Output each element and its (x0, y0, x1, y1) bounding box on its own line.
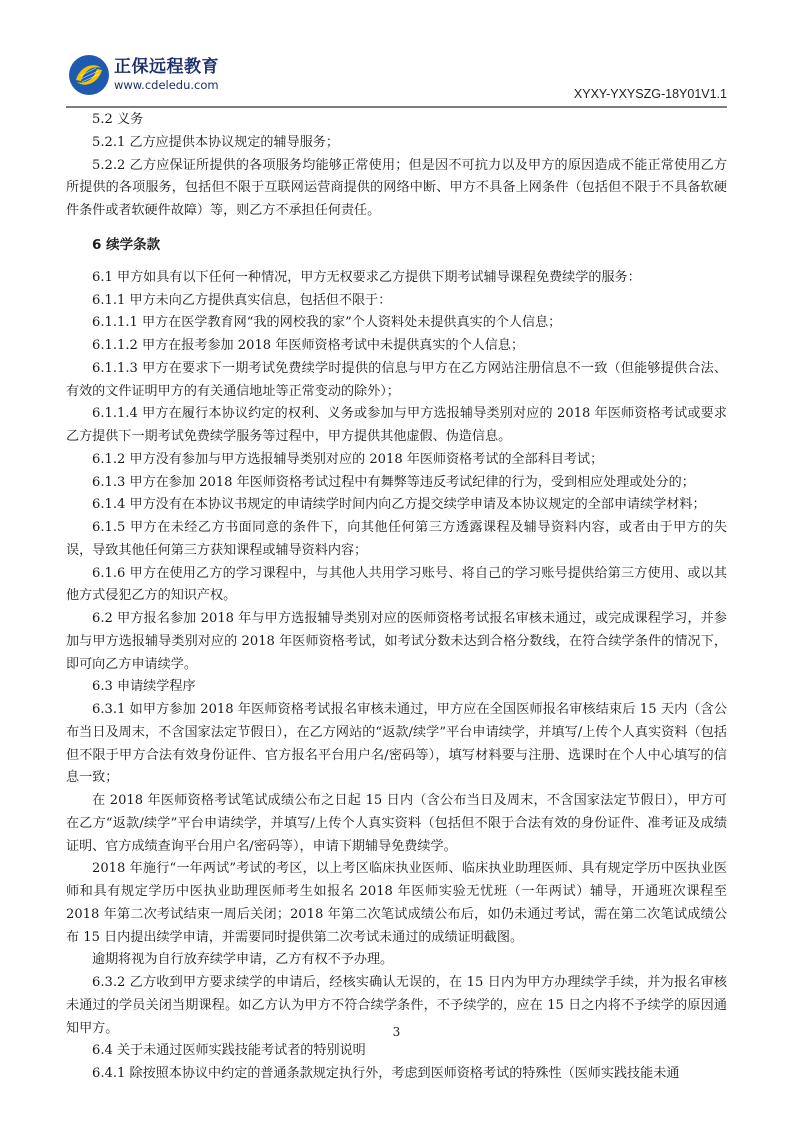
paragraph: 5.2.1 乙方应提供本协议规定的辅导服务； (66, 132, 727, 155)
paragraph: 6.2 甲方报名参加 2018 年与甲方选报辅导类别对应的医师资格考试报名审核未… (66, 608, 727, 676)
paragraph: 6.1.5 甲方在未经乙方书面同意的条件下，向其他任何第三方透露课程及辅导资料内… (66, 517, 727, 563)
paragraph: 在 2018 年医师资格考试笔试成绩公布之日起 15 日内（含公布当日及周末，不… (66, 790, 727, 858)
paragraph: 5.2 义务 (66, 109, 727, 132)
paragraph: 6.1.6 甲方在使用乙方的学习课程中，与其他人共用学习账号、将自己的学习账号提… (66, 563, 727, 609)
document-code: XYXY-YXYSZG-18Y01V1.1 (574, 87, 727, 101)
paragraph: 6.3.1 如甲方参加 2018 年医师资格考试报名审核未通过，甲方应在全国医师… (66, 699, 727, 790)
page-number: 3 (0, 1025, 793, 1039)
paragraph: 6.1.2 甲方没有参加与甲方选报辅导类别对应的 2018 年医师资格考试的全部… (66, 449, 727, 472)
paragraph: 逾期将视为自行放弃续学申请，乙方有权不予办理。 (66, 949, 727, 972)
paragraph: 6.1.1 甲方未向乙方提供真实信息，包括但不限于： (66, 290, 727, 313)
page-header: 正保远程教育 www.cdeledu.com XYXY-YXYSZG-18Y01… (66, 50, 727, 107)
brand-url: www.cdeledu.com (114, 78, 219, 93)
paragraph: 6.4.1 除按照本协议中约定的普通条款规定执行外，考虑到医师资格考试的特殊性（… (66, 1063, 727, 1086)
paragraph: 6.1.1.3 甲方在要求下一期考试免费续学时提供的信息与甲方在乙方网站注册信息… (66, 358, 727, 404)
paragraph: 6.1.3 甲方在参加 2018 年医师资格考试过程中有舞弊等违反考试纪律的行为… (66, 472, 727, 495)
paragraph: 2018 年施行“一年两试”考试的考区，以上考区临床执业医师、临床执业助理医师、… (66, 858, 727, 949)
paragraph: 6.1.1.1 甲方在医学教育网“我的网校我的家”个人资料处未提供真实的个人信息… (66, 312, 727, 335)
header-divider (66, 106, 727, 108)
cdeledu-logo-icon (68, 54, 110, 96)
paragraph: 6.1 甲方如具有以下任何一种情况，甲方无权要求乙方提供下期考试辅导课程免费续学… (66, 267, 727, 290)
paragraph: 6.4 关于未通过医师实践技能考试者的特别说明 (66, 1040, 727, 1063)
document-body: 5.2 义务 5.2.1 乙方应提供本协议规定的辅导服务； 5.2.2 乙方应保… (66, 109, 727, 1086)
brand: 正保远程教育 www.cdeledu.com (114, 57, 219, 93)
paragraph: 5.2.2 乙方应保证所提供的各项服务均能够正常使用；但是因不可抗力以及甲方的原… (66, 155, 727, 223)
paragraph: 6.1.1.2 甲方在报考参加 2018 年医师资格考试中未提供真实的个人信息； (66, 335, 727, 358)
paragraph: 6.1.1.4 甲方在履行本协议约定的权利、义务或参加与甲方选报辅导类别对应的 … (66, 403, 727, 449)
section-heading: 6 续学条款 (92, 234, 727, 256)
paragraph: 6.3 申请续学程序 (66, 676, 727, 699)
paragraph: 6.1.4 甲方没有在本协议书规定的申请续学时间内向乙方提交续学申请及本协议规定… (66, 494, 727, 517)
brand-name: 正保远程教育 (114, 57, 219, 77)
